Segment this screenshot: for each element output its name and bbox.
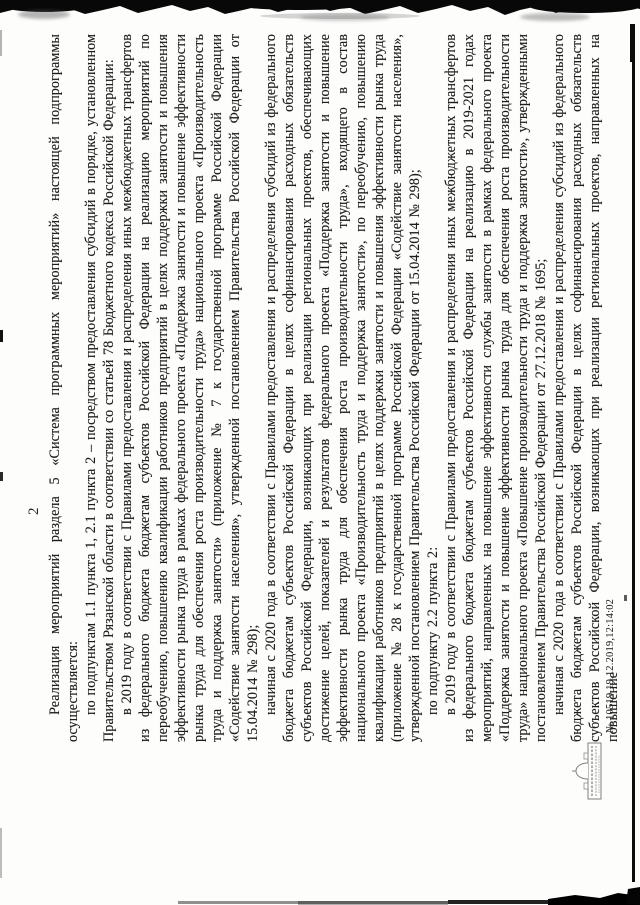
body-paragraph: Реализация мероприятий раздела 5 «Систем… [46,34,82,742]
registration-stamp-icon [570,737,608,805]
scan-smudge [18,10,70,19]
registration-number-line: № 10519 19.12.2019,12:14:02 [605,599,616,733]
body-paragraph: в 2019 году в соответствии с Правилами п… [118,34,262,742]
scan-tick-left [0,828,2,878]
scan-speck [624,595,627,601]
scan-tick-left [0,330,3,342]
scan-smudge [300,14,390,21]
scan-tick-left [0,30,2,56]
body-paragraph: начиная с 2020 года в соответствии с Пра… [262,34,424,742]
page-number: 2 [26,508,43,516]
scan-tick-left [0,472,3,481]
body-paragraph: по подпункту 2.2 пункта 2: [424,34,442,742]
scanned-document-page: 2 Реализация мероприятий раздела 5 «Сист… [0,0,640,905]
scan-smudge [520,13,590,21]
body-paragraph: по подпунктам 1.1 пункта 1, 2.1 пункта 2… [82,34,118,742]
rotated-page-content: 2 Реализация мероприятий раздела 5 «Сист… [0,0,640,905]
scan-edge-bottom [0,887,640,905]
scan-edge-right-cap [630,24,635,62]
scan-edge-right [632,24,635,882]
document-body: Реализация мероприятий раздела 5 «Систем… [46,34,622,742]
body-paragraph: в 2019 году в соответствии с Правилами п… [442,34,550,742]
